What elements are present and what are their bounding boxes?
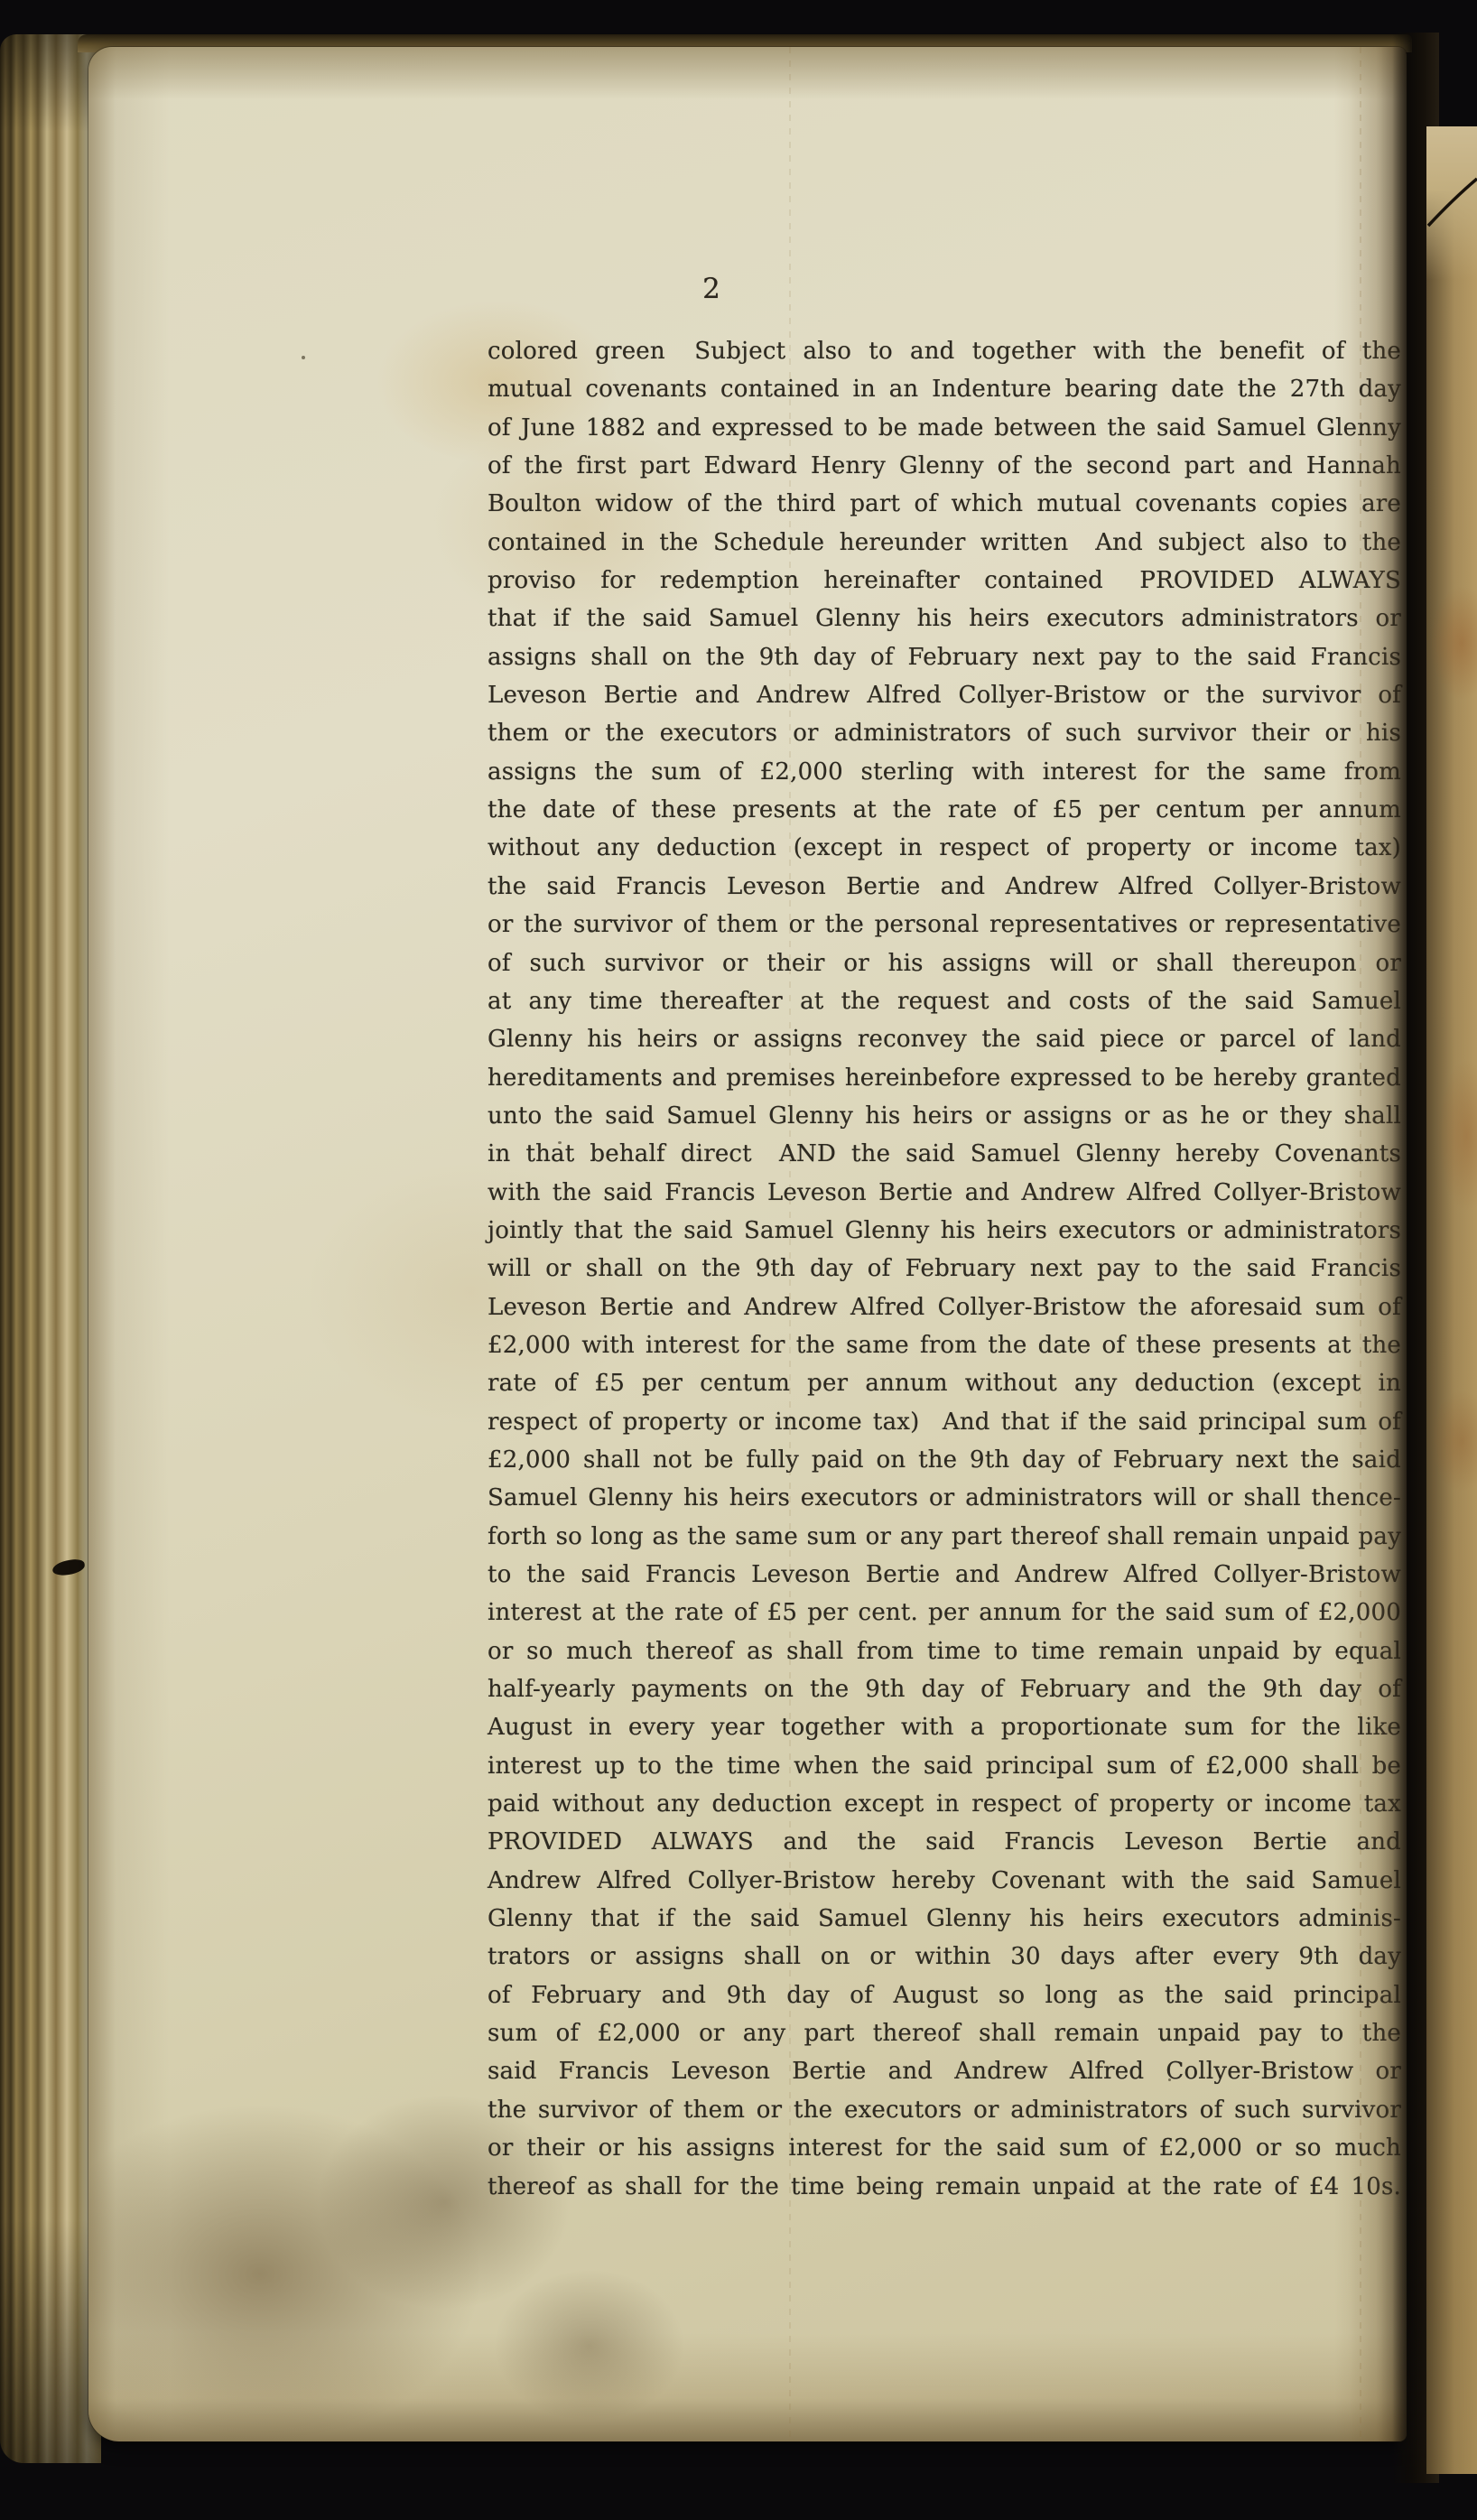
text-line: trators or assigns shall on or within 30… bbox=[488, 1938, 1401, 1976]
text-line: said Francis Leveson Bertie and Andrew A… bbox=[488, 2052, 1401, 2090]
text-line: them or the executors or administrators … bbox=[488, 714, 1401, 752]
text-line: PROVIDED ALWAYS and the said Francis Lev… bbox=[488, 1823, 1401, 1861]
text-line: that if the said Samuel Glenny his heirs… bbox=[488, 600, 1401, 637]
paper-speck bbox=[302, 356, 305, 359]
crease-line bbox=[1426, 163, 1477, 271]
deed-body-text: colored green Subject also to and togeth… bbox=[488, 332, 1401, 2206]
text-line: unto the said Samuel Glenny his heirs or… bbox=[488, 1097, 1401, 1135]
text-line: interest at the rate of £5 per cent. per… bbox=[488, 1594, 1401, 1632]
text-line: at any time thereafter at the request an… bbox=[488, 982, 1401, 1020]
text-line: sum of £2,000 or any part thereof shall … bbox=[488, 2014, 1401, 2052]
text-line: forth so long as the same sum or any par… bbox=[488, 1518, 1401, 1556]
text-line: of June 1882 and expressed to be made be… bbox=[488, 409, 1401, 447]
text-line: Boulton widow of the third part of which… bbox=[488, 485, 1401, 523]
text-line: rate of £5 per centum per annum without … bbox=[488, 1364, 1401, 1402]
page-number: 2 bbox=[666, 273, 757, 305]
left-page-stack-edges bbox=[0, 34, 101, 2463]
text-line: the said Francis Leveson Bertie and Andr… bbox=[488, 868, 1401, 906]
text-line: colored green Subject also to and togeth… bbox=[488, 332, 1401, 370]
text-line: Glenny that if the said Samuel Glenny hi… bbox=[488, 1900, 1401, 1938]
text-line: £2,000 shall not be fully paid on the 9t… bbox=[488, 1441, 1401, 1479]
text-line: in that behalf direct AND the said Samue… bbox=[488, 1135, 1401, 1173]
text-line: jointly that the said Samuel Glenny his … bbox=[488, 1212, 1401, 1250]
text-line: proviso for redemption hereinafter conta… bbox=[488, 562, 1401, 600]
text-line: without any deduction (except in respect… bbox=[488, 829, 1401, 867]
text-line: or the survivor of them or the personal … bbox=[488, 906, 1401, 944]
text-line: thereof as shall for the time being rema… bbox=[488, 2168, 1401, 2206]
text-line: Glenny his heirs or assigns reconvey the… bbox=[488, 1020, 1401, 1058]
text-line: half-yearly payments on the 9th day of F… bbox=[488, 1670, 1401, 1708]
text-line: Samuel Glenny his heirs executors or adm… bbox=[488, 1479, 1401, 1517]
document-page: 2 colored green Subject also to and toge… bbox=[88, 47, 1407, 2441]
text-line: £2,000 with interest for the same from t… bbox=[488, 1326, 1401, 1364]
text-line: the date of these presents at the rate o… bbox=[488, 791, 1401, 829]
text-line: August in every year together with a pro… bbox=[488, 1708, 1401, 1746]
text-line: hereditaments and premises hereinbefore … bbox=[488, 1059, 1401, 1097]
text-line: assigns the sum of £2,000 sterling with … bbox=[488, 753, 1401, 791]
text-line: of such survivor or their or his assigns… bbox=[488, 944, 1401, 982]
text-line: of the first part Edward Henry Glenny of… bbox=[488, 447, 1401, 485]
text-line: respect of property or income tax) And t… bbox=[488, 1403, 1401, 1441]
text-line: mutual covenants contained in an Indentu… bbox=[488, 370, 1401, 408]
text-line: or so much thereof as shall from time to… bbox=[488, 1632, 1401, 1670]
crease-line-path bbox=[1428, 179, 1477, 226]
text-line: assigns shall on the 9th day of February… bbox=[488, 638, 1401, 676]
text-line: will or shall on the 9th day of February… bbox=[488, 1250, 1401, 1288]
facing-page-edge bbox=[1426, 126, 1477, 2474]
text-line: Leveson Bertie and Andrew Alfred Collyer… bbox=[488, 676, 1401, 714]
text-line: interest up to the time when the said pr… bbox=[488, 1747, 1401, 1785]
text-line: Andrew Alfred Collyer-Bristow hereby Cov… bbox=[488, 1862, 1401, 1900]
text-line: with the said Francis Leveson Bertie and… bbox=[488, 1174, 1401, 1212]
text-line: paid without any deduction except in res… bbox=[488, 1785, 1401, 1823]
text-line: of February and 9th day of August so lon… bbox=[488, 1976, 1401, 2014]
book-photo: 2 colored green Subject also to and toge… bbox=[0, 0, 1477, 2520]
text-line: the survivor of them or the executors or… bbox=[488, 2091, 1401, 2129]
text-line: contained in the Schedule hereunder writ… bbox=[488, 524, 1401, 562]
text-line: Leveson Bertie and Andrew Alfred Collyer… bbox=[488, 1288, 1401, 1326]
text-line: to the said Francis Leveson Bertie and A… bbox=[488, 1556, 1401, 1594]
text-line: or their or his assigns interest for the… bbox=[488, 2129, 1401, 2167]
